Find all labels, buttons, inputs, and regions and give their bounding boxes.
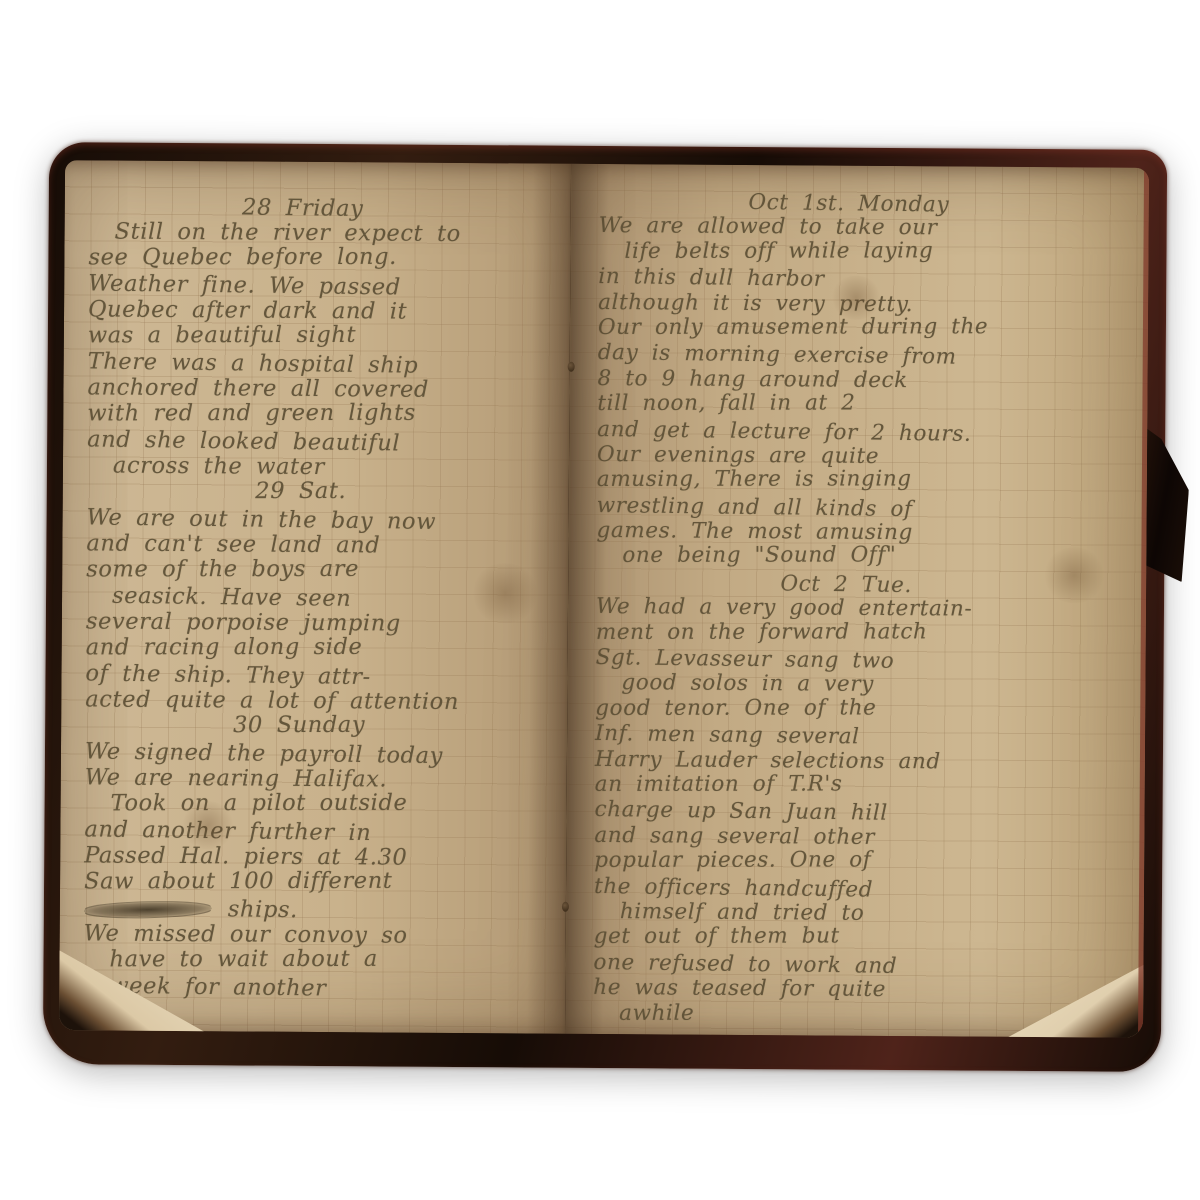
diary-line: till noon, fall in at 2 <box>597 390 1137 416</box>
diary-line-text: Harry Lauder selections and <box>595 747 941 774</box>
diary-line-text: seasick. Have seen <box>112 583 352 612</box>
diary-line-text: Took on a pilot outside <box>111 790 408 817</box>
diary-line-text: himself and tried to <box>620 899 865 926</box>
diary-line-text: Sgt. Levasseur sang two <box>595 645 894 674</box>
diary-line-text: was a beautiful sight <box>88 322 356 348</box>
diary-line-text: see Quebec before long. <box>88 244 397 271</box>
diary-line-text: acted quite a lot of attention <box>85 686 459 715</box>
diary-line-text: awhile <box>619 1000 694 1025</box>
diary-line-text: an imitation of T.R's <box>595 771 843 796</box>
diary-line: week for another <box>83 972 551 1004</box>
diary-line-text: games. The most amusing <box>596 518 913 545</box>
diary-line-text: Inf. men sang several <box>595 721 860 749</box>
diary-line-text: till noon, fall in at 2 <box>597 391 855 416</box>
diary-line-text: 8 to 9 hang around deck <box>598 366 908 393</box>
diary-line-text: popular pieces. One of <box>594 848 871 873</box>
diary-line-text: some of the boys are <box>86 556 359 582</box>
diary-line-text: good tenor. One of the <box>595 695 876 720</box>
diary-line: ment on the forward hatch <box>596 619 1136 645</box>
diary-line-text: and can't see land and <box>86 530 380 558</box>
diary-line-text: and sang several other <box>594 823 875 850</box>
diary-line: some of the boys are <box>86 556 554 583</box>
diary-line-text: Oct 2 Tue. <box>780 571 912 598</box>
diary-line-text: across the water <box>113 453 325 480</box>
diary-line-text: Our evenings are quite <box>597 442 879 469</box>
diary-line: life belts off while laying <box>598 238 1138 264</box>
diary-line: good tenor. One of the <box>595 695 1135 721</box>
diary-line-text: 28 Friday <box>242 194 364 222</box>
diary-line-text: life belts off while laying <box>624 238 933 264</box>
diary-line: an imitation of T.R's <box>595 771 1135 797</box>
diary-line-text: and racing along side <box>86 634 363 660</box>
diary-line: one being "Sound Off" <box>596 542 1136 568</box>
crossed-out-word <box>84 900 212 918</box>
diary-line: awhile <box>593 999 1133 1025</box>
diary-line: popular pieces. One of <box>594 847 1134 873</box>
diary-line-text: although it is very pretty. <box>598 290 913 317</box>
diary-line-text: with red and green lights <box>87 400 416 427</box>
diary-line-text: one refused to work and <box>593 950 897 979</box>
diary-line-text: Our only amusement during the <box>598 314 988 340</box>
entry-date-header: 29 Sat. <box>87 478 555 505</box>
left-page-text: 28 FridayStill on the river expect tosee… <box>59 160 571 1034</box>
diary-right-page: Oct 1st. MondayWe are allowed to take ou… <box>565 164 1149 1038</box>
diary-line-text: We are allowed to take our <box>599 213 938 240</box>
diary-line-text: week for another <box>109 973 326 1002</box>
diary-line-text: several porpoise jumping <box>86 608 401 636</box>
diary-line-text: ment on the forward hatch <box>596 619 928 645</box>
right-page-text: Oct 1st. MondayWe are allowed to take ou… <box>565 164 1149 1038</box>
diary-line: Our only amusement during the <box>598 314 1138 340</box>
diary-line-text: and another further in <box>84 816 371 846</box>
diary-line-text: We are nearing Halifax. <box>85 764 388 792</box>
diary-line: and racing along side <box>86 634 554 661</box>
diary-line: have to wait about a <box>84 946 552 973</box>
diary-line-text: We missed our convoy so <box>84 920 408 948</box>
diary-line-text: 30 Sunday <box>233 712 365 738</box>
diary-line-text: the officers handcuffed <box>594 873 873 902</box>
diary-line-text: Saw about 100 different <box>84 868 392 895</box>
diary-pages: 28 FridayStill on the river expect tosee… <box>59 160 1149 1038</box>
diary-line-text: of the ship. They attr- <box>85 660 371 690</box>
diary-line-text: he was teased for quite <box>593 975 886 1002</box>
diary-line-text: good solos in a very <box>621 671 874 698</box>
diary-line-text: Quebec after dark and it <box>88 296 407 324</box>
diary-line-text: amusing, There is singing <box>597 467 912 493</box>
diary-line: see Quebec before long. <box>88 244 556 271</box>
diary-line: with red and green lights <box>87 400 555 427</box>
diary-line-text: ships. <box>228 896 298 923</box>
entry-date-header: 30 Sunday <box>85 712 553 739</box>
diary-line-text: one being "Sound Off" <box>622 543 896 568</box>
diary-left-page: 28 FridayStill on the river expect tosee… <box>59 160 571 1034</box>
diary-line-text: get out of them but <box>594 924 840 949</box>
diary-line: was a beautiful sight <box>88 322 556 349</box>
diary-line: Saw about 100 different <box>84 868 552 895</box>
diary-line: Took on a pilot outside <box>85 790 553 817</box>
diary-line-text: Still on the river expect to <box>115 219 461 247</box>
diary-line-text: in this dull harbor <box>598 264 825 292</box>
diary-line-text: charge up San Juan hill <box>594 797 888 826</box>
diary-line-text: 29 Sat. <box>255 478 346 504</box>
diary-line: get out of them but <box>594 923 1134 949</box>
diary-book: 28 FridayStill on the river expect tosee… <box>43 142 1167 1072</box>
diary-line-text: We had a very good entertain- <box>596 594 972 622</box>
diary-line-text: anchored there all covered <box>87 374 429 402</box>
diary-line: amusing, There is singing <box>597 466 1137 492</box>
diary-line-text: Passed Hal. piers at 4.30 <box>84 842 407 870</box>
diary-line-text: have to wait about a <box>110 946 378 972</box>
diary-line-text: Oct 1st. Monday <box>748 190 949 218</box>
